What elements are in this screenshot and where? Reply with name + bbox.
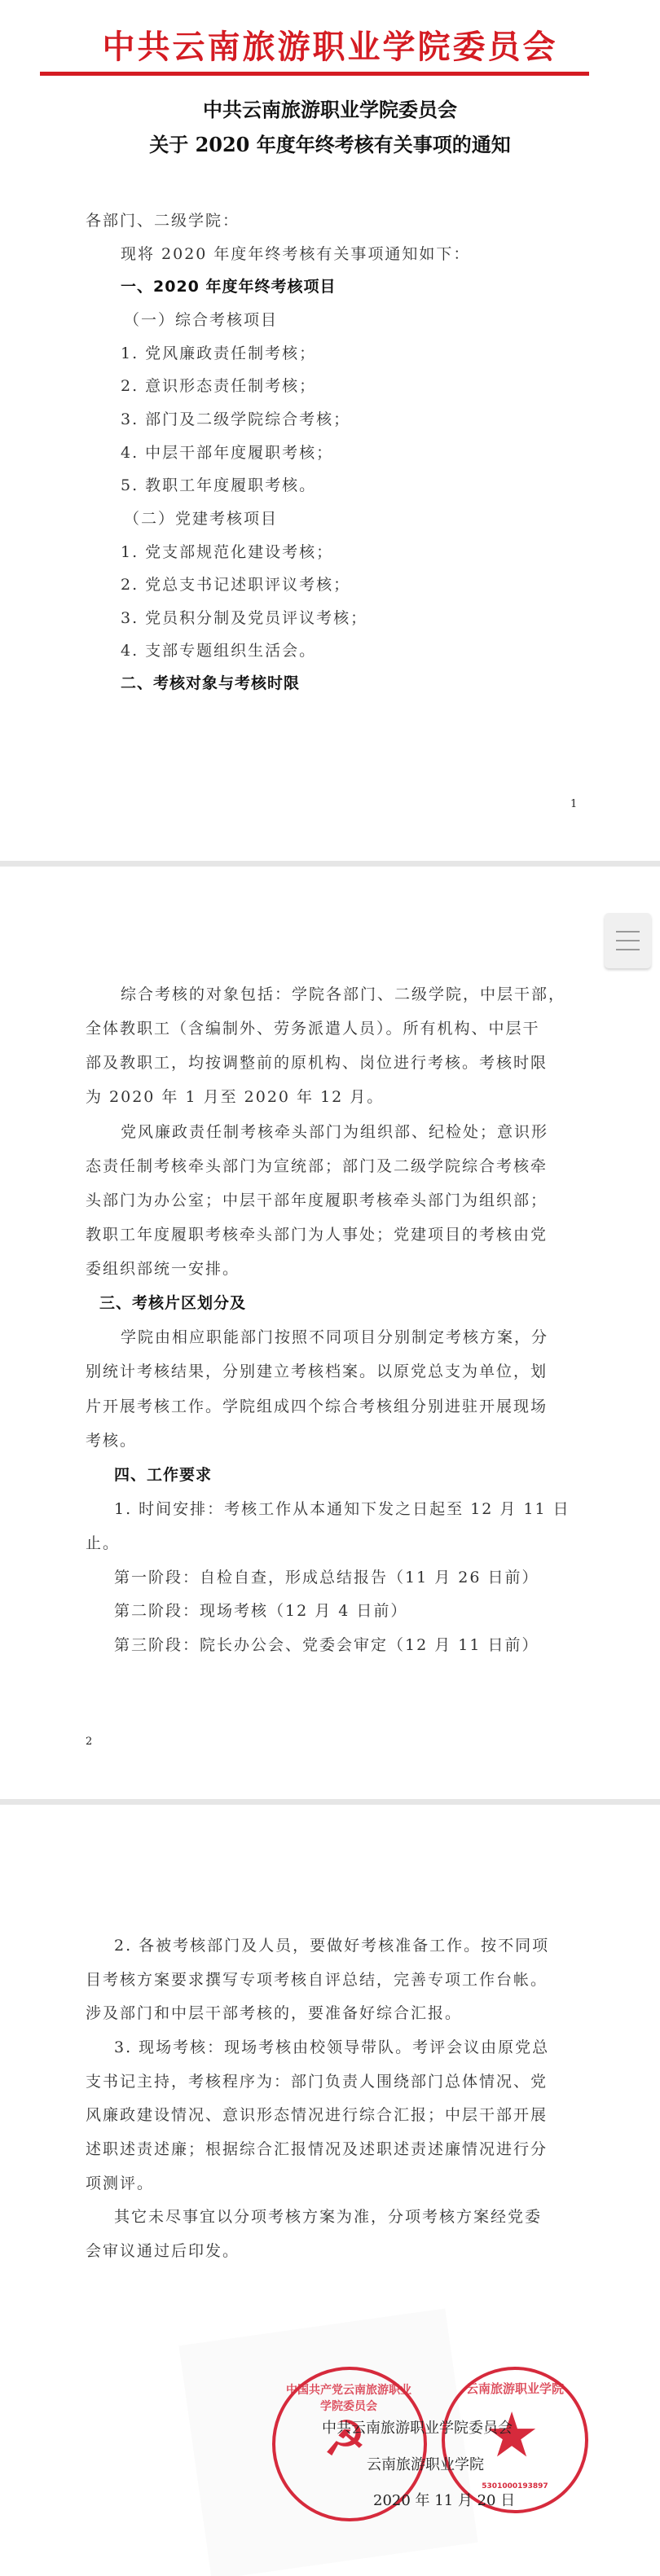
stage-line: 第三阶段：院长办公会、党委会审定（12 月 11 日前）	[114, 1633, 539, 1655]
section-heading-4: 四、工作要求	[114, 1463, 212, 1485]
document-title-line1: 中共云南旅游职业学院委员会	[0, 94, 660, 122]
hamburger-menu-button[interactable]	[605, 913, 651, 968]
section-heading-3: 三、考核片区划分及	[99, 1291, 246, 1313]
paragraph-line: 考核。	[86, 1428, 137, 1450]
paragraph-line: 目考核方案要求撰写专项考核自评总结，完善专项工作台帐。	[86, 1968, 548, 1990]
list-item: 2. 党总支书记述职评议考核；	[121, 573, 350, 595]
paragraph-line: 涉及部门和中层干部考核的，要准备好综合汇报。	[86, 2001, 462, 2023]
red-rule-wide	[40, 72, 589, 76]
paragraph-line: 教职工年度履职考核牵头部门为人事处；党建项目的考核由党	[86, 1222, 548, 1244]
page-separator	[0, 1799, 660, 1805]
list-item: 4. 中层干部年度履职考核；	[121, 441, 333, 463]
section-heading-2: 二、考核对象与考核时限	[121, 671, 300, 693]
paragraph-line: 头部门为办公室；中层干部年度履职考核牵头部门为组织部；	[86, 1188, 548, 1210]
paragraph-line: 学院由相应职能部门按照不同项目分别制定考核方案，分	[121, 1325, 548, 1347]
paragraph-line: 别统计考核结果，分别建立考核档案。以原党总支为单位，划	[86, 1359, 548, 1381]
list-item: 3. 部门及二级学院综合考核；	[121, 407, 350, 429]
seal-left-text: 中国共产党云南旅游职业学院委员会	[284, 2381, 414, 2414]
paragraph-line: 述职述责述廉；根据综合汇报情况及述职述责述廉情况进行分	[86, 2137, 548, 2159]
list-item: 1. 党支部规范化建设考核；	[121, 540, 333, 562]
document-page-3: 2. 各被考核部门及人员，要做好考核准备工作。按不同项 目考核方案要求撰写专项考…	[0, 1805, 660, 2576]
paragraph-line: 全体教职工（含编制外、劳务派遣人员）。所有机构、中层干	[86, 1016, 540, 1038]
signature-date: 2020 年 11 月 20 日	[373, 2489, 515, 2510]
paragraph-line: 综合考核的对象包括：学院各部门、二级学院，中层干部，	[121, 982, 565, 1004]
section-heading-1: 一、2020 年度年终考核项目	[121, 274, 337, 296]
intro-paragraph: 现将 2020 年度年终考核有关事项通知如下：	[121, 242, 470, 264]
list-item: 3. 党员积分制及党员评议考核；	[121, 606, 367, 628]
paragraph-line: 党风廉政责任制考核牵头部门为组织部、纪检处；意识形	[121, 1120, 548, 1142]
seal-right-text: 云南旅游职业学院	[453, 2380, 577, 2397]
list-item: 4. 支部专题组织生活会。	[121, 639, 316, 660]
paragraph-line: 1. 时间安排：考核工作从本通知下发之日起至 12 月 11 日	[114, 1497, 570, 1519]
signature-org2: 云南旅游职业学院	[367, 2453, 484, 2474]
paragraph-line: 其它未尽事宜以分项考核方案为准，分项考核方案经党委	[114, 2205, 542, 2227]
paragraph-line: 3. 现场考核：现场考核由校领导带队。考评会议由原党总	[114, 2035, 549, 2057]
paragraph-line: 为 2020 年 1 月至 2020 年 12 月。	[86, 1085, 384, 1107]
paragraph-line: 止。	[86, 1531, 120, 1553]
page-separator	[0, 861, 660, 867]
salutation: 各部门、二级学院：	[86, 208, 240, 230]
stage-line: 第二阶段：现场考核（12 月 4 日前）	[114, 1599, 407, 1621]
signature-org1: 中共云南旅游职业学院委员会	[322, 2416, 513, 2438]
paragraph-line: 态责任制考核牵头部门为宣统部；部门及二级学院综合考核牵	[86, 1154, 548, 1176]
stage-line: 第一阶段：自检自查，形成总结报告（11 月 26 日前）	[114, 1565, 539, 1587]
paragraph-line: 会审议通过后印发。	[86, 2239, 240, 2261]
paragraph-line: 项测评。	[86, 2171, 154, 2193]
page-number: 1	[570, 798, 577, 810]
document-page-2: 综合考核的对象包括：学院各部门、二级学院，中层干部， 全体教职工（含编制外、劳务…	[0, 867, 660, 1799]
list-item: 1. 党风廉政责任制考核；	[121, 341, 316, 363]
subsection-heading-2: （二）党建考核项目	[124, 507, 278, 529]
subsection-heading-1: （一）综合考核项目	[124, 308, 278, 330]
paragraph-line: 委组织部统一安排。	[86, 1257, 240, 1279]
paragraph-line: 2. 各被考核部门及人员，要做好考核准备工作。按不同项	[114, 1933, 549, 1955]
red-header-title: 中共云南旅游职业学院委员会	[0, 21, 660, 68]
page-number: 2	[86, 1736, 92, 1748]
document-title-line2: 关于 2020 年度年终考核有关事项的通知	[0, 129, 660, 157]
list-item: 2. 意识形态责任制考核；	[121, 374, 316, 396]
paragraph-line: 部及教职工，均按调整前的原机构、岗位进行考核。考核时限	[86, 1051, 548, 1073]
list-item: 5. 教职工年度履职考核。	[121, 473, 316, 495]
document-page-1: 中共云南旅游职业学院委员会 中共云南旅游职业学院委员会 关于 2020 年度年终…	[0, 0, 660, 855]
paragraph-line: 风廉政建设情况、意识形态情况进行综合汇报；中层干部开展	[86, 2103, 548, 2125]
paragraph-line: 片开展考核工作。学院组成四个综合考核组分别进驻开展现场	[86, 1394, 548, 1416]
paragraph-line: 支书记主持，考核程序为：部门负责人围绕部门总体情况、党	[86, 2069, 548, 2091]
